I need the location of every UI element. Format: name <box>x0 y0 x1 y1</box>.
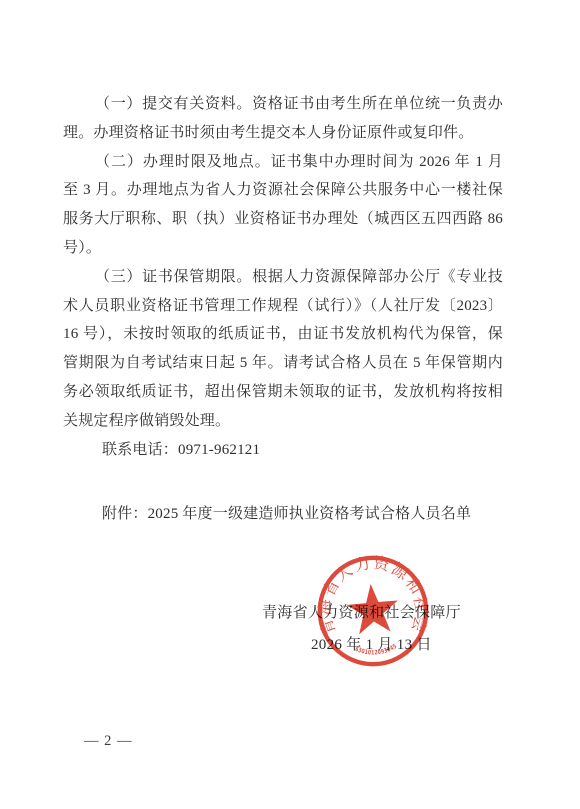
seal-star <box>345 582 401 635</box>
page-number: — 2 — <box>84 733 133 750</box>
contact-phone-line: 联系电话：0971-962121 <box>63 436 503 465</box>
body-line-10: 管期限为自考试结束日起 5 年。请考试合格人员在 5 年保管期内 <box>63 349 503 378</box>
seal-code-text: 6301012093045 <box>353 642 398 658</box>
body-line-6: 号）。 <box>63 234 503 263</box>
body-line-8: 术人员职业资格证书管理工作规程（试行）》（人社厅发〔2023〕 <box>63 292 503 321</box>
svg-text:6301012093045: 6301012093045 <box>353 642 398 658</box>
official-seal: 青海省人力资源和社会保障厅 6301012093045 <box>310 548 436 674</box>
body-line-4: 至 3 月。办理地点为省人力资源社会保障公共服务中心一楼社保 <box>63 176 503 205</box>
body-line-3: （二）办理时限及地点。证书集中办理时间为 2026 年 1 月 <box>63 148 503 177</box>
body-line-12: 关规定程序做销毁处理。 <box>63 407 503 436</box>
attachment-line: 附件：2025 年度一级建造师执业资格考试合格人员名单 <box>63 500 503 529</box>
document-body: （一）提交有关资料。资格证书由考生所在单位统一负责办 理。办理资格证书时须由考生… <box>63 90 503 529</box>
body-line-5: 服务大厅职称、职（执）业资格证书办理处（城西区五四西路 86 <box>63 205 503 234</box>
document-page: （一）提交有关资料。资格证书由考生所在单位统一负责办 理。办理资格证书时须由考生… <box>0 0 580 809</box>
body-line-2: 理。办理资格证书时须由考生提交本人身份证原件或复印件。 <box>63 119 503 148</box>
body-line-11: 务必领取纸质证书，超出保管期未领取的证书，发放机构将按相 <box>63 378 503 407</box>
body-line-1: （一）提交有关资料。资格证书由考生所在单位统一负责办 <box>63 90 503 119</box>
body-line-7: （三）证书保管期限。根据人力资源保障部办公厅《专业技 <box>63 263 503 292</box>
body-line-9: 16 号），未按时领取的纸质证书，由证书发放机构代为保管，保 <box>63 320 503 349</box>
